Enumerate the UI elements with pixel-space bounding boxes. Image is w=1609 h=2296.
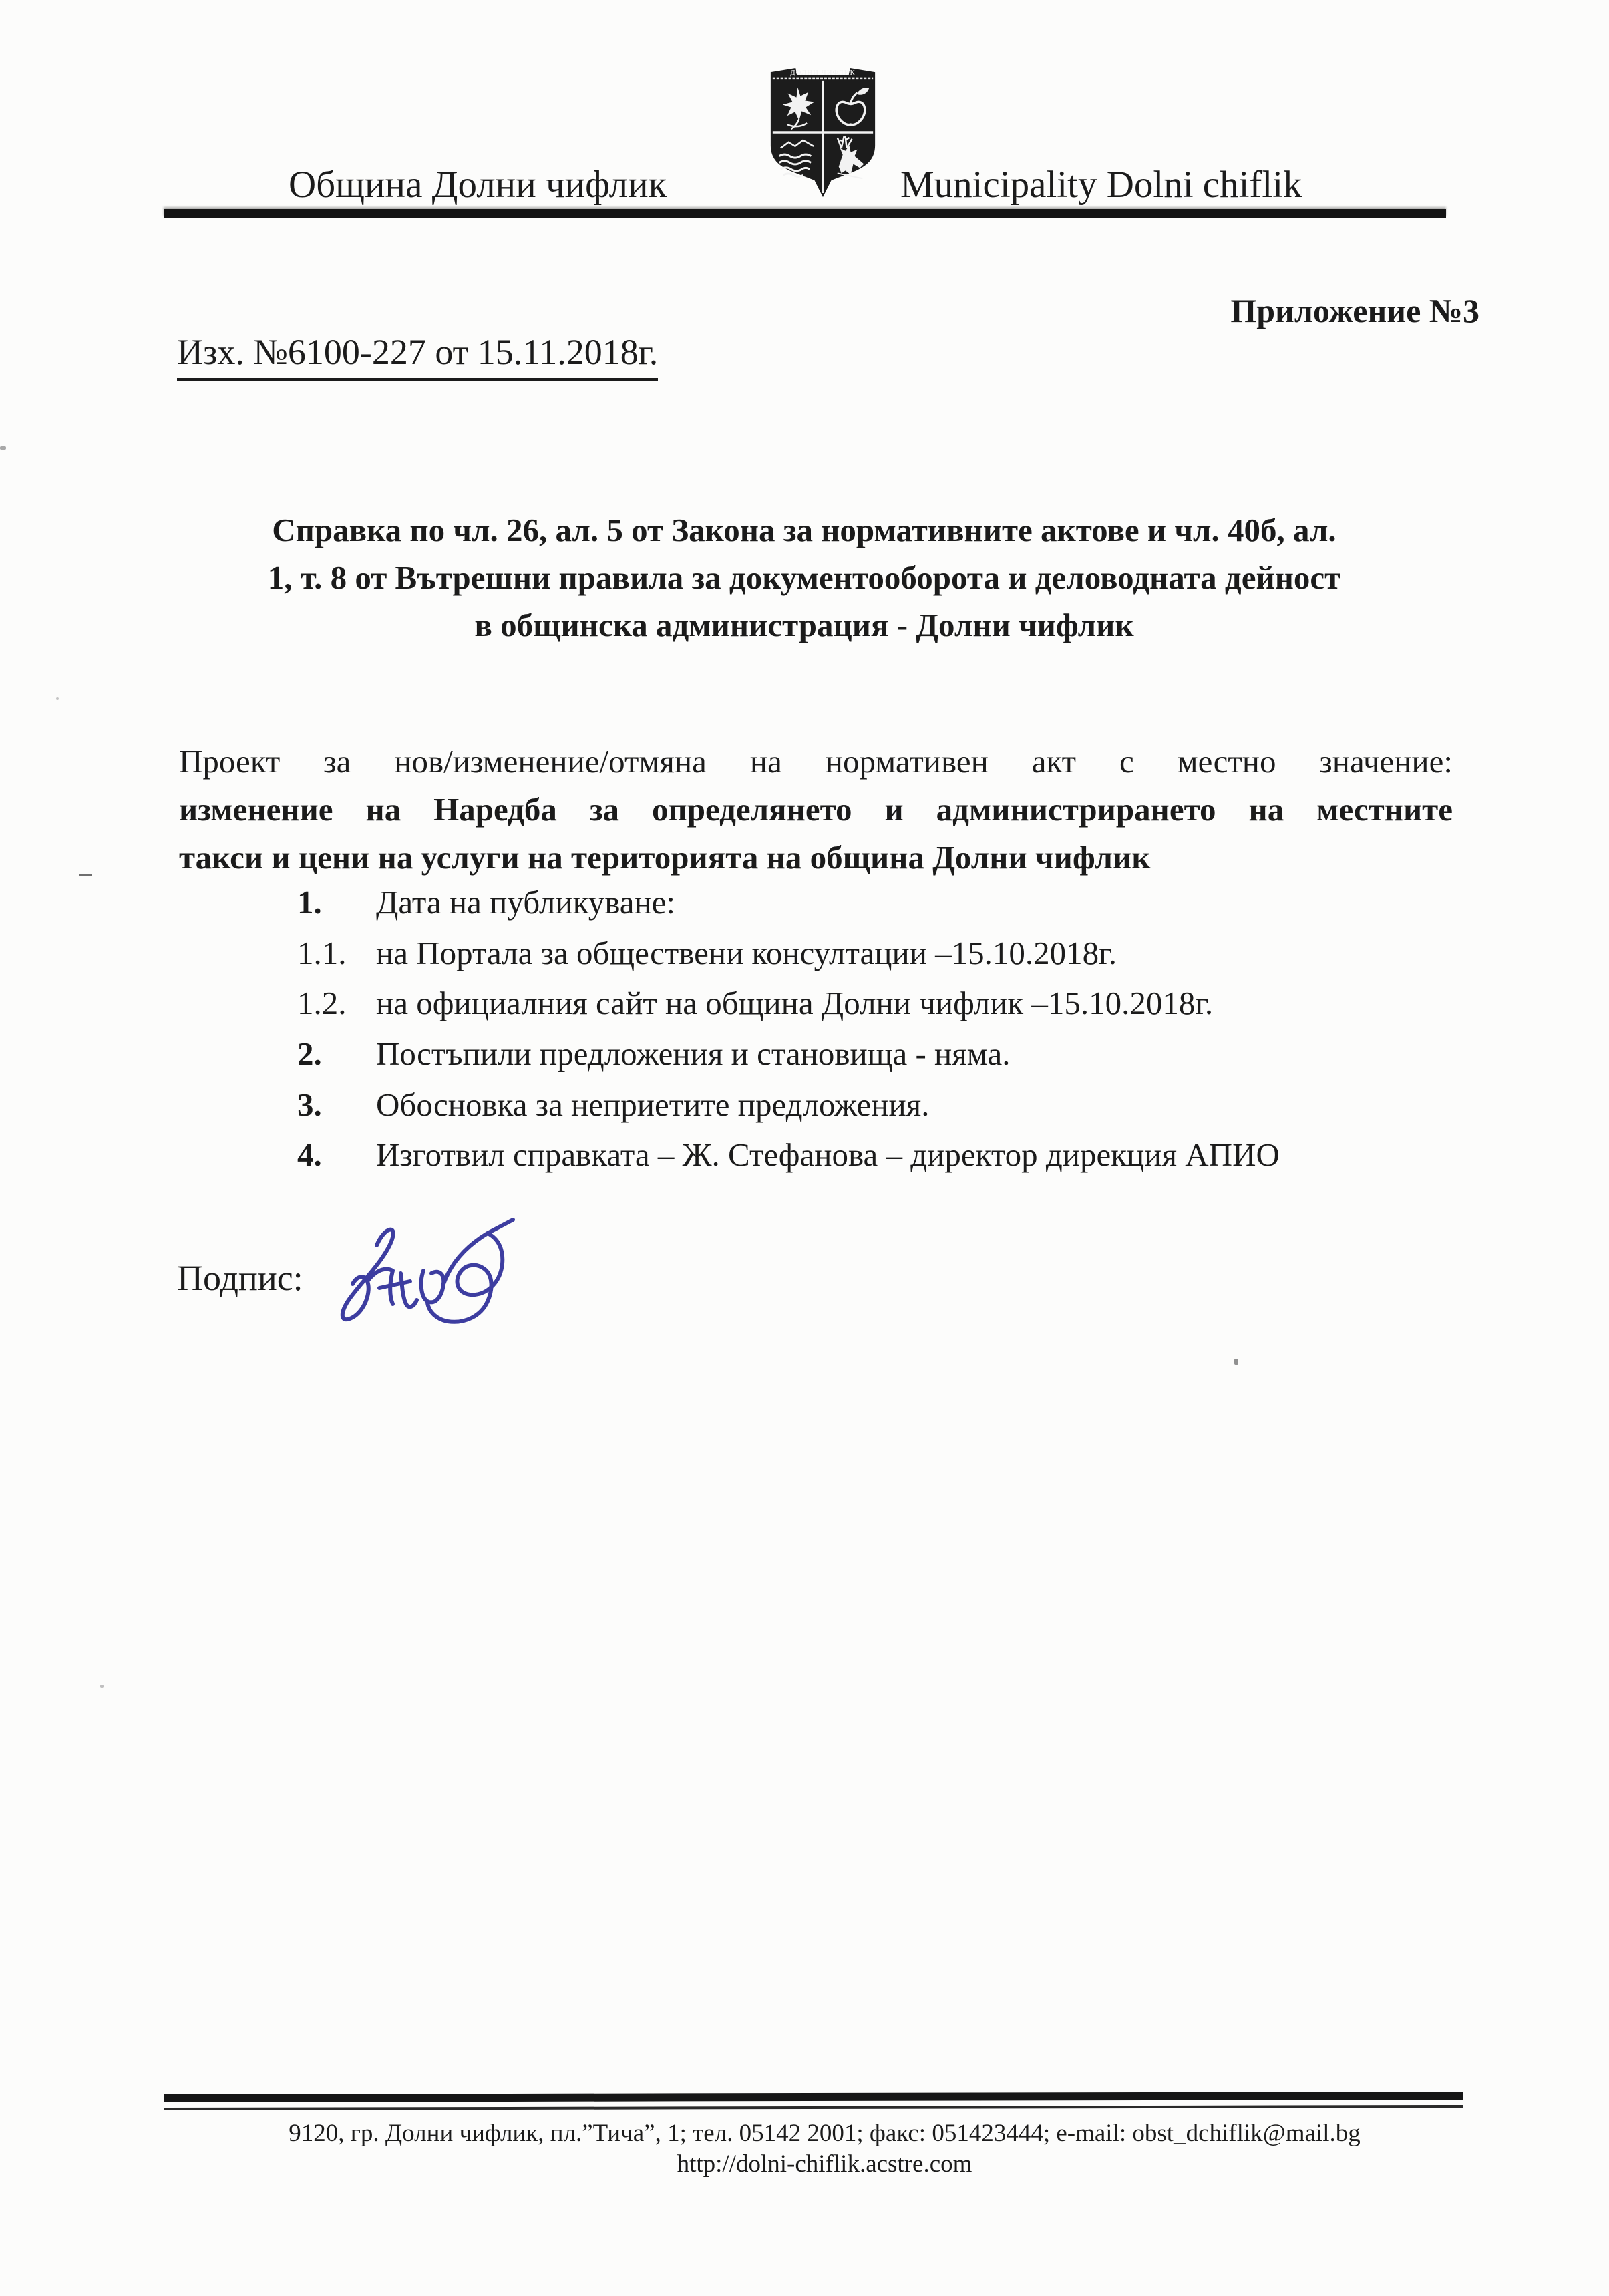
annex-label: Приложение №3 — [1002, 291, 1479, 330]
list-item: 4. Изготвил справката – Ж. Стефанова – д… — [297, 1136, 1466, 1174]
footer-address: 9120, гр. Долни чифлик, пл.”Тича”, 1; те… — [20, 2119, 1609, 2148]
list-item-text: на официалния сайт на община Долни чифли… — [376, 984, 1213, 1022]
org-name-english: Municipality Dolni chiflik — [900, 163, 1302, 206]
list-item: 1. Дата на публикуване: — [297, 883, 1466, 921]
scan-artifact — [79, 874, 92, 876]
list-item-number: 1.1. — [297, 934, 376, 972]
list-item-number: 3. — [297, 1086, 376, 1124]
list-item-text: Дата на публикуване: — [376, 883, 675, 921]
footer-website-url: http://dolni-chiflik.acstre.com — [20, 2150, 1609, 2178]
list-item-number: 2. — [297, 1035, 376, 1073]
municipality-crest-icon: ДОЛНИ ЧИФЛИК — [763, 67, 882, 200]
org-name-bulgarian: Община Долни чифлик — [289, 163, 667, 206]
intro-line-bold-2: такси и цени на услуги на територията на… — [179, 834, 1453, 882]
list-item-text: Постъпили предложения и становища - няма… — [376, 1035, 1010, 1073]
scan-artifact — [56, 697, 59, 700]
list-item-number: 1.2. — [297, 984, 376, 1022]
scan-artifact — [100, 1685, 104, 1688]
list-item-text: Изготвил справката – Ж. Стефанова – дире… — [376, 1136, 1280, 1174]
header-divider-rule — [164, 209, 1446, 218]
list-item-text: на Портала за обществени консултации –15… — [376, 934, 1117, 972]
document-title: Справка по чл. 26, ал. 5 от Закона за но… — [180, 506, 1428, 649]
list-item: 1.1. на Портала за обществени консултаци… — [297, 934, 1466, 972]
handwritten-signature-image — [313, 1204, 533, 1354]
document-page: Община Долни чифлик ДОЛНИ ЧИФЛИК — [0, 0, 1609, 2296]
footer-divider-thin-rule — [164, 2105, 1463, 2110]
title-line-3: в общинска администрация - Долни чифлик — [180, 601, 1428, 649]
scan-artifact — [0, 446, 6, 450]
list-item-number: 1. — [297, 883, 376, 921]
title-line-2: 1, т. 8 от Вътрешни правила за документо… — [180, 554, 1428, 601]
crest-banner-text: ДОЛНИ ЧИФЛИК — [790, 69, 855, 77]
list-item-number: 4. — [297, 1136, 376, 1174]
signature-label: Подпис: — [177, 1257, 303, 1299]
list-item: 3. Обосновка за неприетите предложения. — [297, 1086, 1466, 1124]
list-item-text: Обосновка за неприетите предложения. — [376, 1086, 929, 1124]
intro-paragraph: Проект за нов/изменение/отмяна на нормат… — [179, 737, 1453, 882]
intro-line-regular: Проект за нов/изменение/отмяна на нормат… — [179, 737, 1453, 786]
footer-divider-thick-rule — [164, 2092, 1463, 2102]
reference-number: Изх. №6100-227 от 15.11.2018г. — [177, 331, 658, 381]
intro-line-bold-1: изменение на Наредба за определянето и а… — [179, 786, 1453, 834]
list-item: 1.2. на официалния сайт на община Долни … — [297, 984, 1466, 1022]
list-item: 2. Постъпили предложения и становища - н… — [297, 1035, 1466, 1073]
scan-artifact — [1234, 1359, 1238, 1365]
title-line-1: Справка по чл. 26, ал. 5 от Закона за но… — [180, 506, 1428, 554]
